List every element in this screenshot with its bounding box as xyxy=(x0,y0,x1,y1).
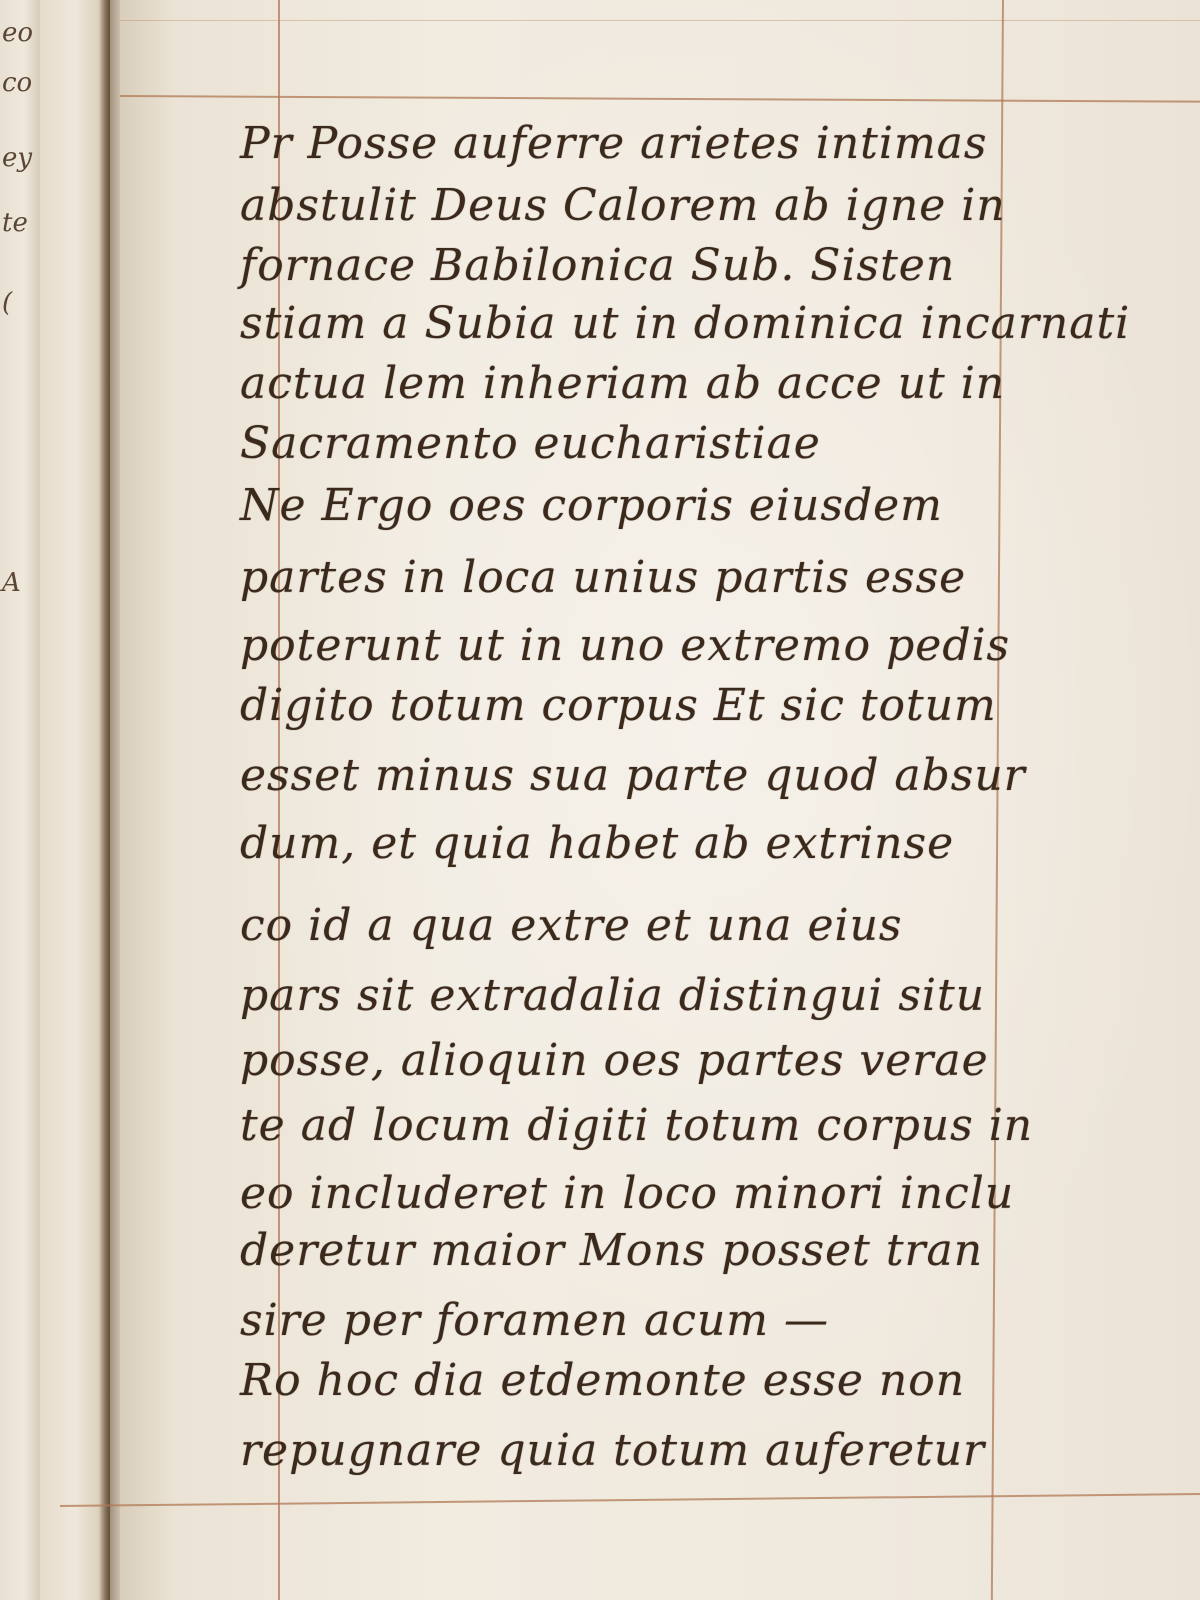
facing-page-edge: eo co ey te ( A xyxy=(0,0,41,1600)
margin-fragment: ( xyxy=(2,290,12,316)
manuscript-line: deretur maior Mons posset tran xyxy=(240,1225,983,1276)
margin-fragment: A xyxy=(2,570,21,596)
manuscript-line: posse, alioquin oes partes verae xyxy=(240,1035,989,1086)
manuscript-line: digito totum corpus Et sic totum xyxy=(240,680,997,731)
manuscript-line: repugnare quia totum auferetur xyxy=(240,1425,985,1476)
manuscript-line: abstulit Deus Calorem ab igne in xyxy=(240,180,1006,231)
margin-fragment: co xyxy=(2,70,32,96)
manuscript-line: dum, et quia habet ab extrinse xyxy=(240,818,954,869)
manuscript-line: Ro hoc dia etdemonte esse non xyxy=(240,1355,965,1406)
manuscript-line: partes in loca unius partis esse xyxy=(240,552,966,603)
manuscript-line: actua lem inheriam ab acce ut in xyxy=(240,358,1005,409)
manuscript-line: sire per foramen acum — xyxy=(240,1295,829,1346)
manuscript-line: Ne Ergo oes corporis eiusdem xyxy=(240,480,943,531)
manuscript-line: pars sit extradalia distingui situ xyxy=(240,970,985,1021)
manuscript-line: esset minus sua parte quod absur xyxy=(240,750,1026,801)
ruled-line-top-faint xyxy=(120,20,1200,21)
margin-fragment: eo xyxy=(2,20,33,46)
manuscript-line: stiam a Subia ut in dominica incarnati xyxy=(240,298,1130,349)
manuscript-line: Pr Posse auferre arietes intimas xyxy=(240,118,987,169)
manuscript-line: fornace Babilonica Sub. Sisten xyxy=(240,240,955,291)
margin-fragment: ey xyxy=(2,145,32,171)
manuscript-line: eo includeret in loco minori inclu xyxy=(240,1168,1014,1219)
manuscript-line: te ad locum digiti totum corpus in xyxy=(240,1100,1033,1151)
manuscript-line: co id a qua extre et una eius xyxy=(240,900,903,951)
margin-fragment: te xyxy=(2,210,28,236)
manuscript-line: Sacramento eucharistiae xyxy=(240,418,821,469)
binding-gutter xyxy=(98,0,120,1600)
manuscript-line: poterunt ut in uno extremo pedis xyxy=(240,620,1010,671)
